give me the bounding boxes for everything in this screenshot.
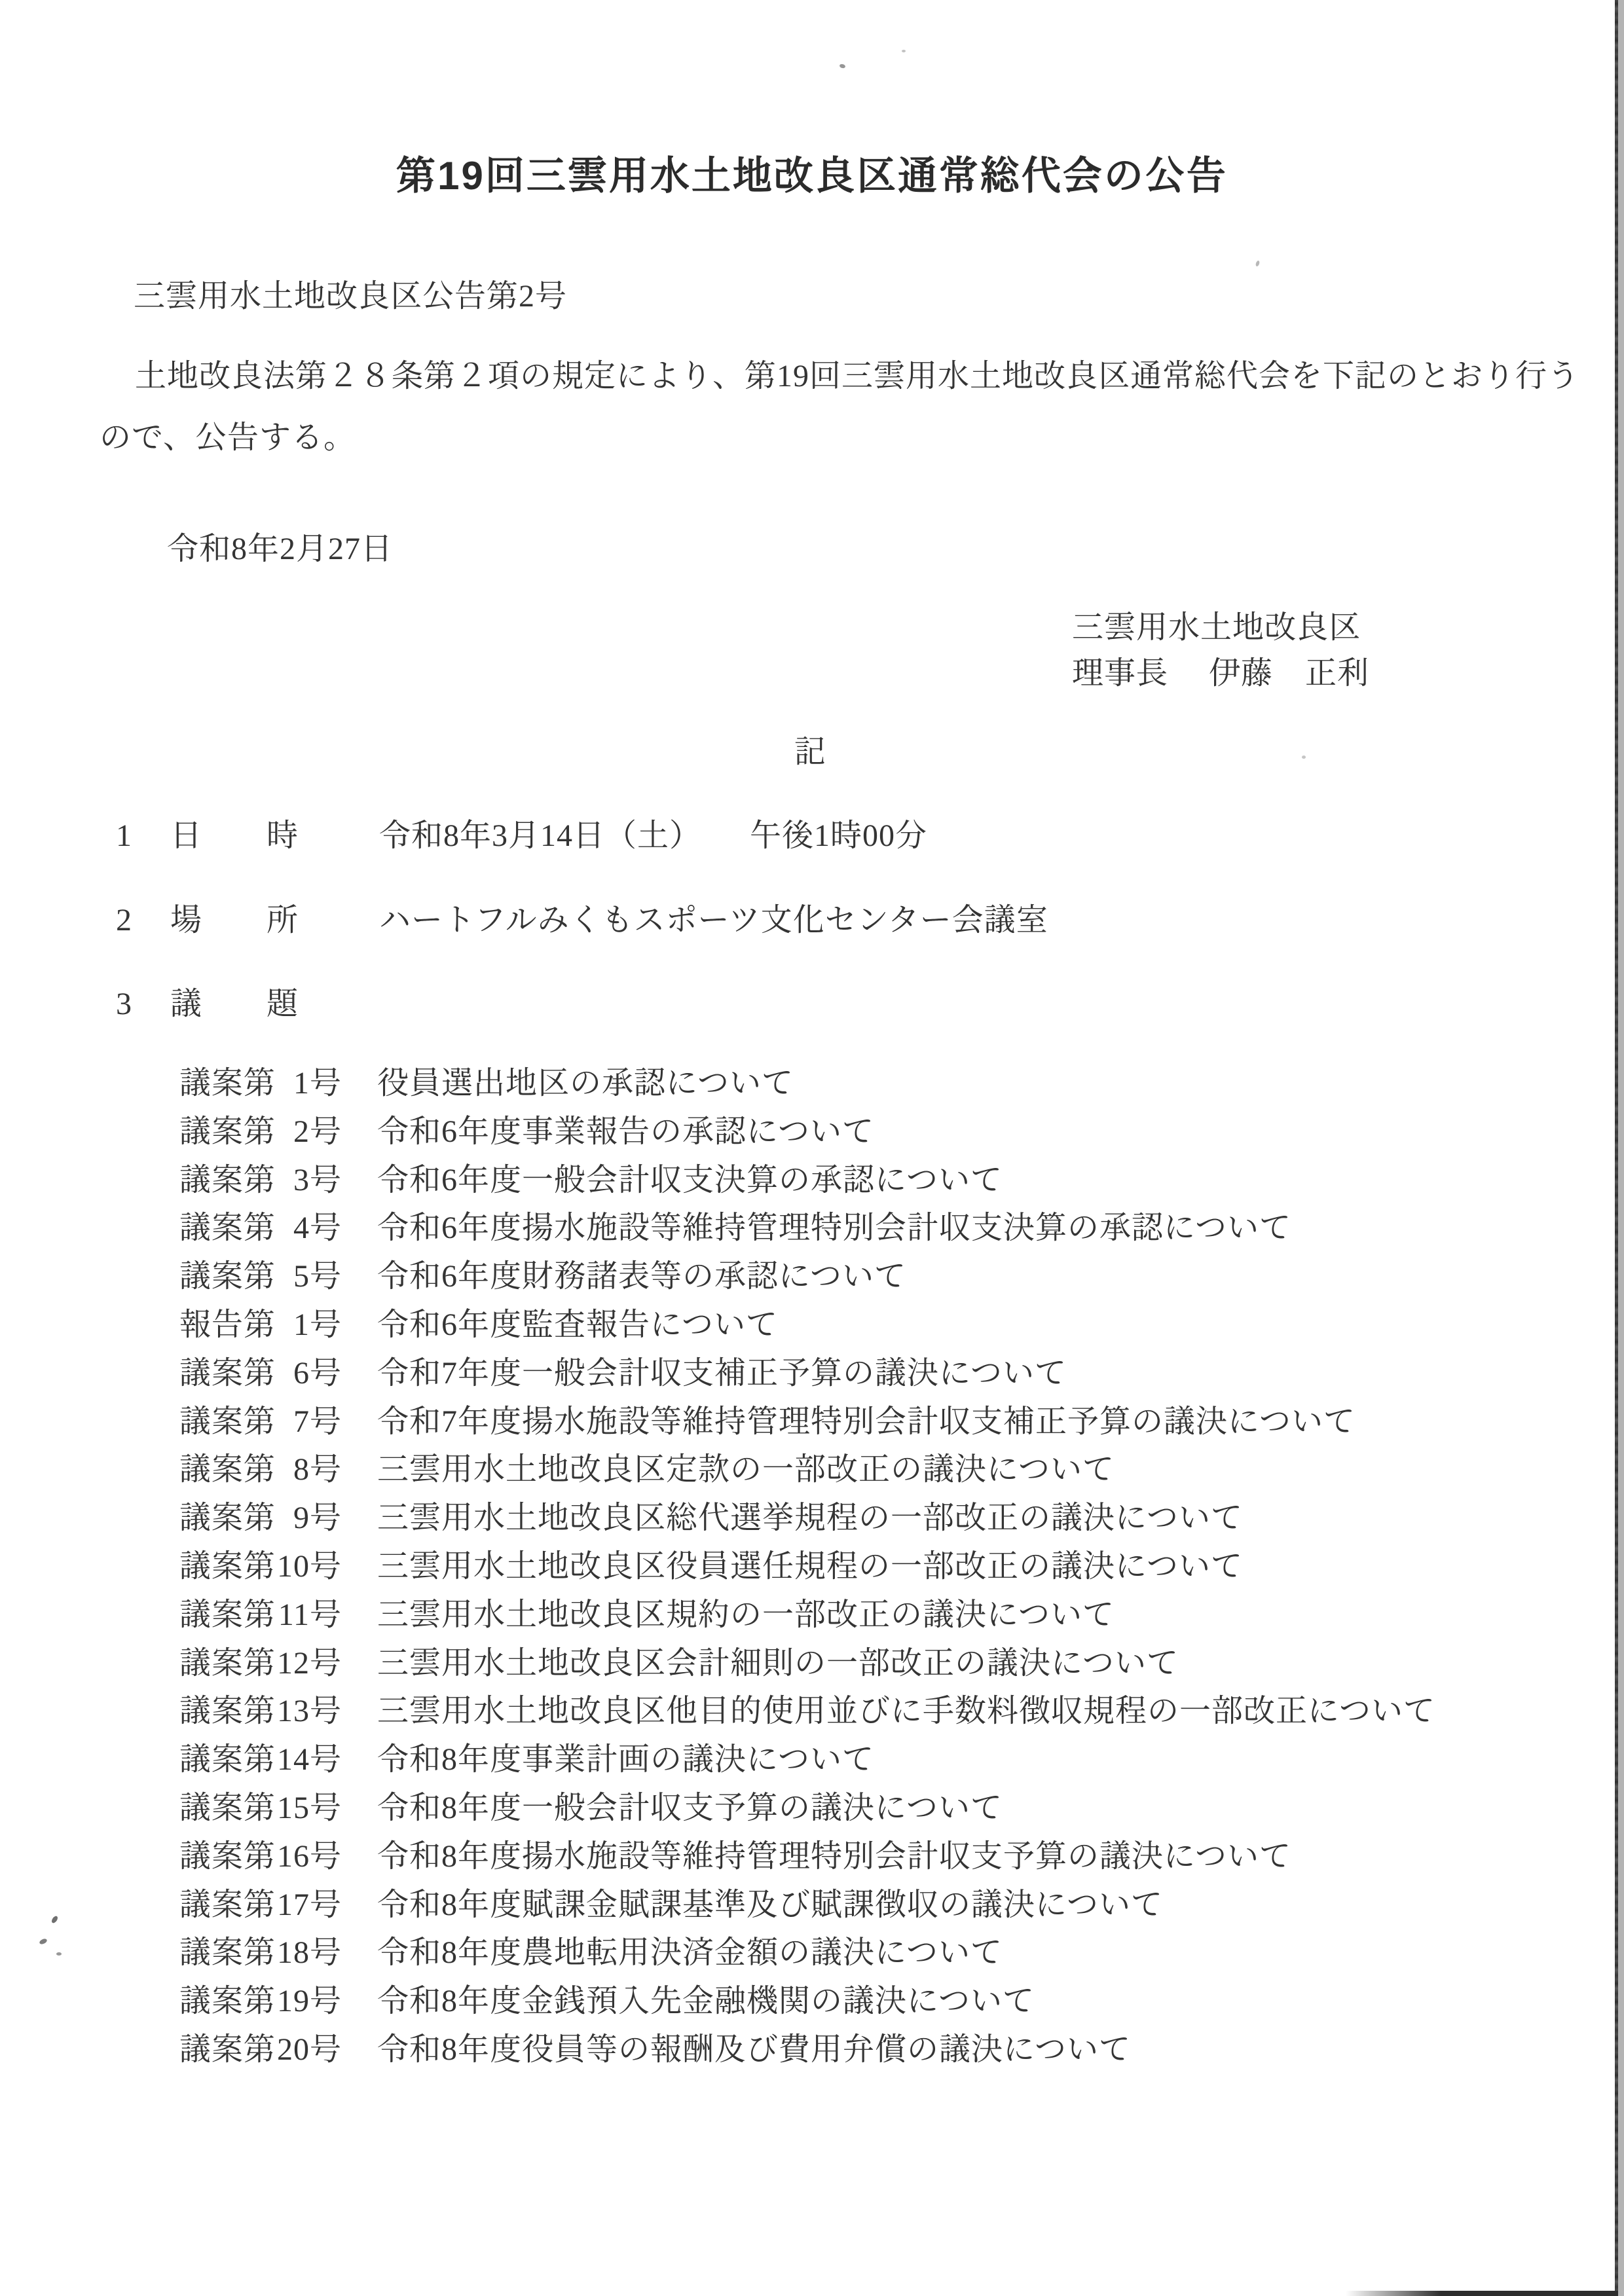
scan-speck [1255,260,1261,266]
scan-speck [50,1915,59,1924]
agenda-label-number: 6 [276,1355,310,1403]
agenda-label-prefix: 議案第 [179,1209,276,1258]
agenda-item-label: 議案第18号 [179,1934,377,1982]
agenda-label-prefix: 議案第 [179,1645,276,1693]
agenda-item-title: 令和6年度揚水施設等維持管理特別会計収支決算の承認について [377,1209,1291,1258]
agenda-label-number: 9 [276,1499,310,1548]
agenda-label-number: 18 [276,1934,310,1982]
agenda-item-label: 報告第1号 [179,1306,377,1355]
agenda-item-label: 議案第15号 [179,1789,377,1838]
agenda-label-number: 12 [276,1645,310,1693]
agenda-label-suffix: 号 [310,1306,342,1355]
agenda-item: 議案第17号 令和8年度賦課金賦課基準及び賦課徴収の議決について [179,1886,1435,1935]
agenda-item: 報告第1号 令和6年度監査報告について [179,1306,1435,1355]
agenda-label-suffix: 号 [310,1548,342,1596]
agenda-item-title: 令和6年度監査報告について [377,1306,778,1355]
body-paragraph-line2: ので、公告する。 [100,419,356,457]
notice-number: 三雲用水土地改良区公告第2号 [134,278,567,316]
agenda-label-suffix: 号 [310,1692,342,1741]
agenda-item-title: 令和8年度農地転用決済金額の議決について [377,1934,1003,1982]
agenda-label-number: 13 [276,1692,310,1741]
agenda-label-number: 16 [276,1838,310,1886]
agenda-item: 議案第3号 令和6年度一般会計収支決算の承認について [179,1161,1435,1210]
agenda-label-suffix: 号 [310,1596,342,1645]
agenda-label-number: 14 [276,1741,310,1789]
agenda-item-title: 役員選出地区の承認について [377,1065,794,1113]
agenda-item: 議案第20号 令和8年度役員等の報酬及び費用弁償の議決について [179,2031,1435,2079]
agenda-item: 議案第9号 三雲用水土地改良区総代選挙規程の一部改正の議決について [179,1499,1435,1548]
agenda-item: 議案第1号 役員選出地区の承認について [179,1065,1435,1113]
agenda-label-prefix: 議案第 [179,1886,276,1935]
agenda-label-prefix: 議案第 [179,1065,276,1113]
agenda-label-number: 17 [276,1886,310,1935]
agenda-item: 議案第5号 令和6年度財務諸表等の承認について [179,1258,1435,1306]
agenda-item-label: 議案第8号 [179,1451,377,1499]
representative-title: 理事長 [1072,651,1168,697]
agenda-item-title: 三雲用水土地改良区他目的使用並びに手数料徴収規程の一部改正について [377,1692,1435,1741]
agenda-label-suffix: 号 [310,1741,342,1789]
agenda-item-label: 議案第19号 [179,1982,377,2031]
agenda-item-title: 令和7年度揚水施設等維持管理特別会計収支補正予算の議決について [377,1403,1356,1451]
agenda-item-label: 議案第5号 [179,1258,377,1306]
agenda-label-prefix: 議案第 [179,1113,276,1161]
agenda-label-suffix: 号 [310,1209,342,1258]
page-title: 第19回三雲用水土地改良区通常総代会の公告 [0,155,1624,198]
agenda-label-suffix: 号 [310,1355,342,1403]
agenda-label-number: 2 [276,1113,310,1161]
detail-row-topics: 3 議 題 [116,985,1048,1070]
meeting-details: 1 日 時 令和8年3月14日（土） 午後1時00分 2 場 所 ハートフルみく… [116,817,1048,1070]
scan-speck [902,50,906,52]
detail-row-datetime: 1 日 時 令和8年3月14日（土） 午後1時00分 [116,817,1048,902]
scan-edge-strip [1618,0,1624,2296]
agenda-label-prefix: 議案第 [179,1789,276,1838]
agenda-item-title: 令和8年度一般会計収支予算の議決について [377,1789,1003,1838]
agenda-label-suffix: 号 [310,1645,342,1693]
agenda-item-title: 三雲用水土地改良区規約の一部改正の議決について [377,1596,1115,1645]
agenda-item-label: 議案第20号 [179,2031,377,2079]
agenda-label-suffix: 号 [310,1886,342,1935]
scan-speck [839,64,845,69]
agenda-item-title: 三雲用水土地改良区総代選挙規程の一部改正の議決について [377,1499,1243,1548]
agenda-label-prefix: 議案第 [179,1934,276,1982]
agenda-label-number: 11 [276,1596,310,1645]
agenda-label-number: 4 [276,1209,310,1258]
agenda-item-label: 議案第12号 [179,1645,377,1693]
agenda-item: 議案第19号 令和8年度金銭預入先金融機関の議決について [179,1982,1435,2031]
agenda-item-title: 令和6年度財務諸表等の承認について [377,1258,906,1306]
detail-label: 日 時 [170,817,379,902]
detail-row-place: 2 場 所 ハートフルみくもスポーツ文化センター会議室 [116,902,1048,986]
agenda-label-number: 3 [276,1161,310,1210]
issue-date: 令和8年2月27日 [167,530,393,568]
agenda-item-title: 令和6年度一般会計収支決算の承認について [377,1161,1003,1210]
agenda-label-prefix: 議案第 [179,1355,276,1403]
agenda-label-prefix: 議案第 [179,1403,276,1451]
agenda-item-title: 令和8年度事業計画の議決について [377,1741,874,1789]
agenda-item-label: 議案第14号 [179,1741,377,1789]
agenda-list: 議案第1号 役員選出地区の承認について 議案第2号 令和6年度事業報告の承認につ… [179,1065,1435,2079]
agenda-label-suffix: 号 [310,1934,342,1982]
agenda-item: 議案第16号 令和8年度揚水施設等維持管理特別会計収支予算の議決について [179,1838,1435,1886]
agenda-label-number: 10 [276,1548,310,1596]
agenda-label-suffix: 号 [310,1499,342,1548]
agenda-label-number: 20 [276,2031,310,2079]
agenda-item-label: 議案第16号 [179,1838,377,1886]
representative-name: 伊藤 正利 [1209,651,1369,697]
agenda-label-prefix: 議案第 [179,1741,276,1789]
agenda-label-prefix: 議案第 [179,1982,276,2031]
agenda-label-prefix: 議案第 [179,1161,276,1210]
agenda-item: 議案第10号 三雲用水土地改良区役員選任規程の一部改正の議決について [179,1548,1435,1596]
agenda-item-label: 議案第10号 [179,1548,377,1596]
detail-number: 2 [116,902,170,986]
agenda-label-prefix: 議案第 [179,1692,276,1741]
agenda-label-prefix: 議案第 [179,1499,276,1548]
agenda-item: 議案第13号 三雲用水土地改良区他目的使用並びに手数料徴収規程の一部改正について [179,1692,1435,1741]
agenda-label-suffix: 号 [310,1789,342,1838]
scan-speck [39,1938,48,1945]
scan-speck [1302,756,1306,759]
agenda-item-title: 三雲用水土地改良区役員選任規程の一部改正の議決について [377,1548,1243,1596]
agenda-item-title: 令和8年度役員等の報酬及び費用弁償の議決について [377,2031,1131,2079]
detail-label: 議 題 [170,985,379,1070]
agenda-item-title: 令和8年度金銭預入先金融機関の議決について [377,1982,1035,2031]
agenda-item: 議案第14号 令和8年度事業計画の議決について [179,1741,1435,1789]
agenda-item-label: 議案第11号 [179,1596,377,1645]
agenda-item: 議案第11号 三雲用水土地改良区規約の一部改正の議決について [179,1596,1435,1645]
agenda-item-title: 三雲用水土地改良区会計細則の一部改正の議決について [377,1645,1179,1693]
agenda-item: 議案第15号 令和8年度一般会計収支予算の議決について [179,1789,1435,1838]
agenda-label-number: 5 [276,1258,310,1306]
issuer-representative: 理事長 伊藤 正利 [1072,651,1369,697]
agenda-label-prefix: 議案第 [179,1596,276,1645]
agenda-item: 議案第18号 令和8年度農地転用決済金額の議決について [179,1934,1435,1982]
agenda-label-suffix: 号 [310,1403,342,1451]
agenda-item: 議案第7号 令和7年度揚水施設等維持管理特別会計収支補正予算の議決について [179,1403,1435,1451]
issuer-block: 三雲用水土地改良区 理事長 伊藤 正利 [1072,605,1369,697]
agenda-item: 議案第2号 令和6年度事業報告の承認について [179,1113,1435,1161]
agenda-item-label: 議案第2号 [179,1113,377,1161]
detail-label: 場 所 [170,902,379,986]
agenda-item-title: 令和8年度賦課金賦課基準及び賦課徴収の議決について [377,1886,1163,1935]
issuer-organization: 三雲用水土地改良区 [1072,605,1369,651]
agenda-label-number: 19 [276,1982,310,2031]
scanned-notice-page: 第19回三雲用水土地改良区通常総代会の公告 三雲用水土地改良区公告第2号 土地改… [0,0,1624,2296]
agenda-item-label: 議案第1号 [179,1065,377,1113]
agenda-label-suffix: 号 [310,1065,342,1113]
scan-edge-bottom-line [1346,2291,1618,2296]
agenda-item-title: 令和8年度揚水施設等維持管理特別会計収支予算の議決について [377,1838,1291,1886]
agenda-item: 議案第12号 三雲用水土地改良区会計細則の一部改正の議決について [179,1645,1435,1693]
agenda-label-suffix: 号 [310,1113,342,1161]
agenda-item: 議案第8号 三雲用水土地改良区定款の一部改正の議決について [179,1451,1435,1499]
agenda-item-label: 議案第6号 [179,1355,377,1403]
agenda-item-label: 議案第13号 [179,1692,377,1741]
agenda-label-number: 15 [276,1789,310,1838]
agenda-item: 議案第6号 令和7年度一般会計収支補正予算の議決について [179,1355,1435,1403]
agenda-label-suffix: 号 [310,1982,342,2031]
agenda-label-number: 1 [276,1065,310,1113]
agenda-label-prefix: 報告第 [179,1306,276,1355]
agenda-label-number: 7 [276,1403,310,1451]
agenda-label-suffix: 号 [310,1258,342,1306]
agenda-item-label: 議案第9号 [179,1499,377,1548]
detail-number: 3 [116,985,170,1070]
agenda-label-suffix: 号 [310,1451,342,1499]
body-paragraph-line1: 土地改良法第２８条第２項の規定により、第19回三雲用水土地改良区通常総代会を下記… [135,357,1579,395]
agenda-item-label: 議案第4号 [179,1209,377,1258]
detail-number: 1 [116,817,170,902]
agenda-label-suffix: 号 [310,1161,342,1210]
agenda-label-suffix: 号 [310,1838,342,1886]
agenda-label-prefix: 議案第 [179,1258,276,1306]
agenda-item-label: 議案第3号 [179,1161,377,1210]
scan-speck [56,1952,62,1956]
detail-value: ハートフルみくもスポーツ文化センター会議室 [379,902,1048,986]
agenda-label-number: 1 [276,1306,310,1355]
record-marker: 記 [0,733,1624,771]
agenda-label-prefix: 議案第 [179,2031,276,2079]
agenda-item-title: 三雲用水土地改良区定款の一部改正の議決について [377,1451,1115,1499]
agenda-item-title: 令和7年度一般会計収支補正予算の議決について [377,1355,1067,1403]
agenda-item-label: 議案第7号 [179,1403,377,1451]
agenda-label-number: 8 [276,1451,310,1499]
agenda-label-prefix: 議案第 [179,1451,276,1499]
detail-value: 令和8年3月14日（土） 午後1時00分 [379,817,927,902]
agenda-label-prefix: 議案第 [179,1548,276,1596]
agenda-label-prefix: 議案第 [179,1838,276,1886]
agenda-item-label: 議案第17号 [179,1886,377,1935]
agenda-item: 議案第4号 令和6年度揚水施設等維持管理特別会計収支決算の承認について [179,1209,1435,1258]
agenda-label-suffix: 号 [310,2031,342,2079]
agenda-item-title: 令和6年度事業報告の承認について [377,1113,874,1161]
